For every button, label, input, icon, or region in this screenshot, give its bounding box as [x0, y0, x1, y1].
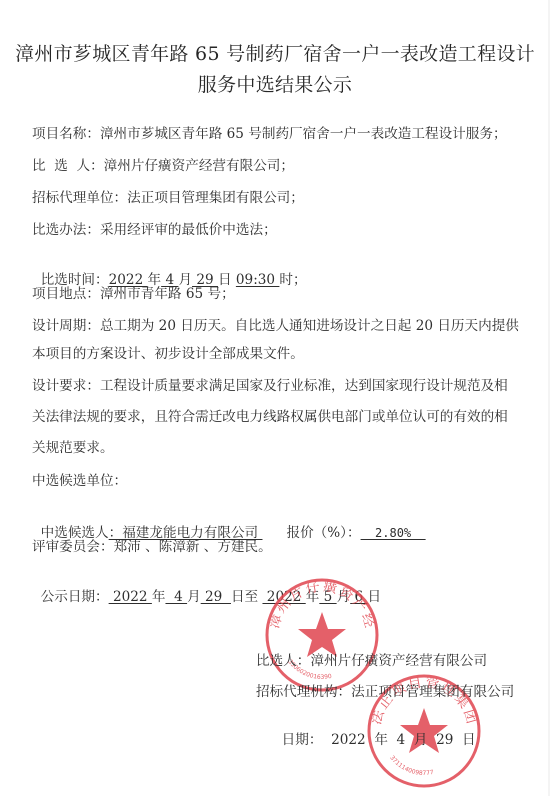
price-label: 报价（%）： [286, 525, 360, 541]
signature-selector-value: 漳州片仔癀资产经营有限公司 [310, 653, 487, 669]
project-name-value: 漳州市芗城区青年路 65 号制药厂宿舍一户一表改造工程设计服务； [100, 126, 507, 142]
signature-agency: 招标代理机构：法正项目管理集团有限公司 [256, 683, 514, 701]
committee-row: 评审委员会：郑沛 、陈漳新 、方建民。 [32, 538, 272, 556]
committee-label: 评审委员会： [32, 539, 114, 555]
publicity-start-month: 4 [165, 589, 187, 605]
clock-unit: 时； [279, 272, 306, 288]
document-title-line-2: 服务中选结果公示 [0, 70, 550, 97]
method-value: 采用经评审的最低价中选法； [100, 222, 277, 238]
requirements-line-3: 关规范要求。 [32, 439, 114, 457]
period-line-1: 总工期为 20 日历天。自比选人通知进场设计之日起 20 日历天内提供 [100, 318, 519, 334]
winner-row: 中选候选人：福建龙能电力有限公司 报价（%）： 2.80% [32, 506, 426, 542]
project-name-row: 项目名称：漳州市芗城区青年路 65 号制药厂宿舍一户一表改造工程设计服务； [32, 125, 507, 143]
requirements-line-2: 关法律法规的要求，且符合需迁改电力线路权属供电部门或单位认可的有效的相 [32, 408, 508, 426]
signature-agency-label: 招标代理机构： [256, 684, 351, 700]
location-label: 项目地点： [32, 286, 100, 302]
winner-heading: 中选候选单位： [32, 472, 127, 490]
selector-label: 比 选 人： [32, 158, 104, 174]
year-unit: 年 [152, 589, 166, 605]
agency-label: 招标代理单位： [32, 190, 127, 206]
signature-date-label: 日期： [282, 732, 323, 748]
publicity-start-day: 29 [201, 589, 231, 605]
month-unit: 月 [187, 589, 201, 605]
requirements-label: 设计要求： [32, 378, 100, 394]
publicity-start-year: 2022 [109, 589, 152, 605]
method-row: 比选办法：采用经评审的最低价中选法； [32, 221, 277, 239]
publicity-label: 公示日期： [41, 589, 109, 605]
location-value: 漳州市青年路 65 号； [100, 286, 235, 302]
requirements-line-1: 工程设计质量要求满足国家及行业标准，达到国家现行设计规范及相 [100, 378, 508, 394]
agency-row: 招标代理单位：法正项目管理集团有限公司； [32, 189, 304, 207]
period-label: 设计周期： [32, 318, 100, 334]
committee-value: 郑沛 、陈漳新 、方建民。 [114, 539, 272, 555]
method-label: 比选办法： [32, 222, 100, 238]
selector-value: 漳州片仔癀资产经营有限公司； [104, 158, 294, 174]
location-row: 项目地点：漳州市青年路 65 号； [32, 285, 235, 303]
period-row: 设计周期：总工期为 20 日历天。自比选人通知进场设计之日起 20 日历天内提供 [32, 317, 519, 335]
document-title-line-1: 漳州市芗城区青年路 65 号制药厂宿舍一户一表改造工程设计 [0, 39, 550, 66]
time-clock: 09:30 [236, 272, 280, 288]
requirements-row: 设计要求：工程设计质量要求满足国家及行业标准，达到国家现行设计规范及相 [32, 377, 508, 395]
signature-date-value: 2022 年 4 月 29 日 [322, 732, 475, 748]
agency-value: 法正项目管理集团有限公司； [127, 190, 304, 206]
company-seal-icon: 漳州片仔癀资产经营有限公司 3506020016390 [263, 576, 381, 694]
period-line-2: 本项目的方案设计、初步设计全部成果文件。 [32, 345, 304, 363]
signature-agency-value: 法正项目管理集团有限公司 [351, 684, 514, 700]
time-row: 比选时间：2022 年 4 月 29 日 09:30 时； [32, 253, 307, 289]
signature-date: 日期： 2022 年 4 月 29 日 [273, 713, 476, 749]
selector-row: 比 选 人：漳州片仔癀资产经营有限公司； [32, 157, 294, 175]
signature-selector: 比选人：漳州片仔癀资产经营有限公司 [256, 652, 487, 670]
price-value: 2.80% [361, 526, 426, 540]
signature-selector-label: 比选人： [256, 653, 310, 669]
project-name-label: 项目名称： [32, 126, 100, 142]
svg-text:3711140098777: 3711140098777 [388, 754, 434, 777]
day-unit: 日至 [231, 589, 263, 605]
